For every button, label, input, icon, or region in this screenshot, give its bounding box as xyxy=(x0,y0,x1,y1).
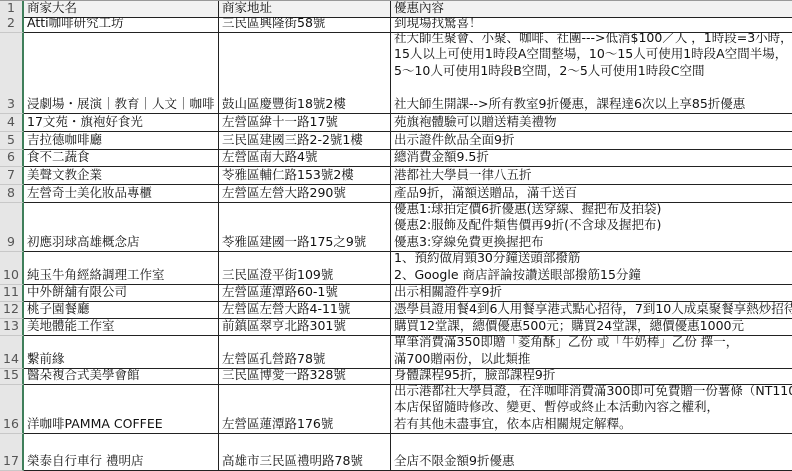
offer-line: 優惠3:穿線免費更換握把布 xyxy=(394,234,792,251)
cell-merchant-address[interactable]: 三民區興隆街58號 xyxy=(219,17,391,33)
cell-merchant-address[interactable]: 苓雅區建國一路175之9號 xyxy=(219,203,391,252)
offer-line: 5～10人可使用1時段B空間，2～5人可使用1時段C空間 xyxy=(394,63,792,80)
row-header[interactable]: 17 xyxy=(0,434,24,471)
cell-offer-content[interactable]: 單筆消費滿350即贈「菱角酥」乙份 或「牛奶棒」乙份 擇一，滿700贈兩份，以此… xyxy=(391,336,792,369)
row-header[interactable]: 8 xyxy=(0,185,24,203)
row-header[interactable]: 13 xyxy=(0,319,24,336)
offer-line xyxy=(394,79,792,96)
spreadsheet-grid: 1商家大名商家地址優惠內容2Atti咖啡研究工坊三民區興隆街58號到現場找驚喜！… xyxy=(0,0,792,471)
cell-merchant-name[interactable]: 醫朵複合式美學會館 xyxy=(24,369,219,385)
offer-line: 全店不限金額9折優惠 xyxy=(394,453,792,470)
table-row: 2Atti咖啡研究工坊三民區興隆街58號到現場找驚喜！ xyxy=(0,17,792,33)
cell-merchant-address[interactable]: 三民區博愛一路328號 xyxy=(219,369,391,385)
row-header[interactable]: 3 xyxy=(0,33,24,114)
column-header-offer[interactable]: 優惠內容 xyxy=(391,1,792,18)
cell-merchant-address[interactable]: 三民區建國三路2-2號1樓 xyxy=(219,132,391,150)
cell-merchant-name[interactable]: Atti咖啡研究工坊 xyxy=(24,17,219,33)
cell-merchant-name[interactable]: 左營奇士美化妝品專櫃 xyxy=(24,185,219,203)
cell-merchant-address[interactable]: 左營區蓮潭路176號 xyxy=(219,385,391,434)
column-header-name[interactable]: 商家大名 xyxy=(24,1,219,18)
offer-line: 社大師生聚會、小聚、咖啡、社團--->低消$100／人 ，1時段=3小時， xyxy=(394,33,792,46)
row-header[interactable]: 14 xyxy=(0,336,24,369)
offer-line: 社大師生開課-->所有教室9折優惠，課程達6次以上享85折優惠 xyxy=(394,96,792,113)
offer-line: 出示相關證件享9折 xyxy=(394,285,792,300)
offer-line: 優惠內容 xyxy=(394,1,792,16)
table-row: 11中外餅舖有限公司左營區蓮潭路60-1號出示相關證件享9折 xyxy=(0,285,792,302)
cell-merchant-address[interactable]: 左營區蓮潭路60-1號 xyxy=(219,285,391,302)
cell-offer-content[interactable]: 苑旗袍體驗可以贈送精美禮物 xyxy=(391,114,792,132)
table-row: 10純玉牛角經絡調理工作室三民區澄平街109號1、預約做肩頸30分鐘送頭部撥筋2… xyxy=(0,252,792,285)
column-header-address[interactable]: 商家地址 xyxy=(219,1,391,18)
offer-line xyxy=(394,436,792,453)
table-row: 12桃子園餐廳左營區左營大路4-11號憑學員證用餐4到6人用餐享港式點心招待，7… xyxy=(0,302,792,319)
cell-offer-content[interactable]: 購買12堂課，總價優惠500元；購買24堂課，總價優惠1000元 xyxy=(391,319,792,336)
cell-merchant-name[interactable]: 初應羽球高雄概念店 xyxy=(24,203,219,252)
cell-merchant-address[interactable]: 鼓山區慶豐街18號2樓 xyxy=(219,33,391,114)
row-header[interactable]: 15 xyxy=(0,369,24,385)
offer-line: 優惠2:服飾及配件類售價再9折(不含球及握把布) xyxy=(394,217,792,234)
table-row: 17榮泰自行車行 禮明店高雄市三民區禮明路78號全店不限金額9折優惠 xyxy=(0,434,792,471)
cell-merchant-address[interactable]: 左營區緯十一路17號 xyxy=(219,114,391,132)
offer-line: 總消費金額9.5折 xyxy=(394,150,792,165)
offer-line: 若有其他未盡事宜，依本店相關規定解釋。 xyxy=(394,416,792,433)
header-row: 1商家大名商家地址優惠內容 xyxy=(0,0,792,18)
offer-line: 單筆消費滿350即贈「菱角酥」乙份 或「牛奶棒」乙份 擇一， xyxy=(394,336,792,351)
cell-offer-content[interactable]: 出示相關證件享9折 xyxy=(391,285,792,302)
row-header[interactable]: 6 xyxy=(0,150,24,167)
cell-offer-content[interactable]: 出示港都社大學員證，在洋咖啡消費滿300即可免費贈一份薯條（NT110）本店保留… xyxy=(391,385,792,434)
cell-offer-content[interactable]: 身體課程95折，臉部課程9折 xyxy=(391,369,792,385)
table-row: 5吉拉德咖啡廳三民區建國三路2-2號1樓出示證件飲品全面9折 xyxy=(0,132,792,150)
table-row: 16洋咖啡PAMMA COFFEE左營區蓮潭路176號出示港都社大學員證，在洋咖… xyxy=(0,385,792,434)
row-header[interactable]: 7 xyxy=(0,167,24,185)
cell-offer-content[interactable]: 全店不限金額9折優惠 xyxy=(391,434,792,471)
cell-offer-content[interactable]: 社大師生聚會、小聚、咖啡、社團--->低消$100／人 ，1時段=3小時，15人… xyxy=(391,33,792,114)
offer-line: 優惠1:球拍定價6折優惠(送穿線、握把布及拍袋) xyxy=(394,203,792,217)
table-row: 417文苑・旗袍好食光左營區緯十一路17號苑旗袍體驗可以贈送精美禮物 xyxy=(0,114,792,132)
row-header[interactable]: 1 xyxy=(0,1,24,18)
cell-merchant-address[interactable]: 高雄市三民區禮明路78號 xyxy=(219,434,391,471)
table-row: 9初應羽球高雄概念店苓雅區建國一路175之9號優惠1:球拍定價6折優惠(送穿線、… xyxy=(0,203,792,252)
offer-line: 購買12堂課，總價優惠500元；購買24堂課，總價優惠1000元 xyxy=(394,319,792,334)
cell-merchant-address[interactable]: 左營區左營大路290號 xyxy=(219,185,391,203)
offer-line: 1、預約做肩頸30分鐘送頭部撥筋 xyxy=(394,252,792,267)
offer-line: 15人以上可使用1時段A空間整場，10～15人可使用1時段A空間半場， xyxy=(394,46,792,63)
cell-merchant-name[interactable]: 浸劇場・展演｜教育｜人文｜咖啡 xyxy=(24,33,219,114)
offer-line: 港都社大學員一律八五折 xyxy=(394,167,792,183)
offer-line: 苑旗袍體驗可以贈送精美禮物 xyxy=(394,114,792,130)
table-row: 6食不二蔬食左營區南大路4號總消費金額9.5折 xyxy=(0,150,792,167)
cell-offer-content[interactable]: 總消費金額9.5折 xyxy=(391,150,792,167)
cell-merchant-address[interactable]: 三民區澄平街109號 xyxy=(219,252,391,285)
cell-offer-content[interactable]: 產品9折，滿額送贈品，滿千送百 xyxy=(391,185,792,203)
cell-merchant-name[interactable]: 食不二蔬食 xyxy=(24,150,219,167)
offer-line: 身體課程95折，臉部課程9折 xyxy=(394,369,792,383)
cell-merchant-name[interactable]: 中外餅舖有限公司 xyxy=(24,285,219,302)
row-header[interactable]: 4 xyxy=(0,114,24,132)
table-row: 3浸劇場・展演｜教育｜人文｜咖啡鼓山區慶豐街18號2樓社大師生聚會、小聚、咖啡、… xyxy=(0,33,792,114)
cell-merchant-name[interactable]: 17文苑・旗袍好食光 xyxy=(24,114,219,132)
offer-line: 滿700贈兩份，以此類推 xyxy=(394,351,792,368)
cell-merchant-name[interactable]: 美聲文教企業 xyxy=(24,167,219,185)
row-header[interactable]: 16 xyxy=(0,385,24,434)
cell-merchant-name[interactable]: 吉拉德咖啡廳 xyxy=(24,132,219,150)
cell-merchant-name[interactable]: 榮泰自行車行 禮明店 xyxy=(24,434,219,471)
offer-line: 產品9折，滿額送贈品，滿千送百 xyxy=(394,185,792,201)
row-header[interactable]: 11 xyxy=(0,285,24,302)
table-row: 14繫前緣左營區孔營路78號單筆消費滿350即贈「菱角酥」乙份 或「牛奶棒」乙份… xyxy=(0,336,792,369)
cell-offer-content[interactable]: 憑學員證用餐4到6人用餐享港式點心招待，7到10人成桌聚餐享熱炒招待 xyxy=(391,302,792,319)
cell-merchant-address[interactable]: 苓雅區輔仁路153號2樓 xyxy=(219,167,391,185)
cell-offer-content[interactable]: 到現場找驚喜！ xyxy=(391,17,792,33)
cell-merchant-address[interactable]: 左營區左營大路4-11號 xyxy=(219,302,391,319)
row-header[interactable]: 10 xyxy=(0,252,24,285)
cell-merchant-name[interactable]: 桃子園餐廳 xyxy=(24,302,219,319)
table-row: 15醫朵複合式美學會館三民區博愛一路328號身體課程95折，臉部課程9折 xyxy=(0,369,792,385)
cell-offer-content[interactable]: 優惠1:球拍定價6折優惠(送穿線、握把布及拍袋)優惠2:服飾及配件類售價再9折(… xyxy=(391,203,792,252)
cell-offer-content[interactable]: 1、預約做肩頸30分鐘送頭部撥筋2、Google 商店評論按讚送眼部撥筋15分鐘 xyxy=(391,252,792,285)
cell-merchant-address[interactable]: 左營區南大路4號 xyxy=(219,150,391,167)
cell-merchant-name[interactable]: 洋咖啡PAMMA COFFEE xyxy=(24,385,219,434)
row-header[interactable]: 12 xyxy=(0,302,24,319)
cell-merchant-name[interactable]: 繫前緣 xyxy=(24,336,219,369)
table-row: 13美地體能工作室前鎮區翠亨北路301號購買12堂課，總價優惠500元；購買24… xyxy=(0,319,792,336)
table-row: 7美聲文教企業苓雅區輔仁路153號2樓港都社大學員一律八五折 xyxy=(0,167,792,185)
offer-line: 到現場找驚喜！ xyxy=(394,17,792,31)
offer-line: 憑學員證用餐4到6人用餐享港式點心招待，7到10人成桌聚餐享熱炒招待 xyxy=(394,302,792,317)
cell-merchant-name[interactable]: 美地體能工作室 xyxy=(24,319,219,336)
offer-line: 2、Google 商店評論按讚送眼部撥筋15分鐘 xyxy=(394,267,792,284)
row-header[interactable]: 5 xyxy=(0,132,24,150)
offer-line: 出示港都社大學員證，在洋咖啡消費滿300即可免費贈一份薯條（NT110） xyxy=(394,385,792,399)
row-header[interactable]: 2 xyxy=(0,17,24,33)
cell-offer-content[interactable]: 港都社大學員一律八五折 xyxy=(391,167,792,185)
offer-line: 出示證件飲品全面9折 xyxy=(394,132,792,148)
row-header[interactable]: 9 xyxy=(0,203,24,252)
table-row: 8左營奇士美化妝品專櫃左營區左營大路290號產品9折，滿額送贈品，滿千送百 xyxy=(0,185,792,203)
offer-line: 本店保留隨時修改、變更、暫停或終止本活動內容之權利， xyxy=(394,399,792,416)
cell-merchant-address[interactable]: 前鎮區翠亨北路301號 xyxy=(219,319,391,336)
cell-merchant-address[interactable]: 左營區孔營路78號 xyxy=(219,336,391,369)
cell-merchant-name[interactable]: 純玉牛角經絡調理工作室 xyxy=(24,252,219,285)
cell-offer-content[interactable]: 出示證件飲品全面9折 xyxy=(391,132,792,150)
